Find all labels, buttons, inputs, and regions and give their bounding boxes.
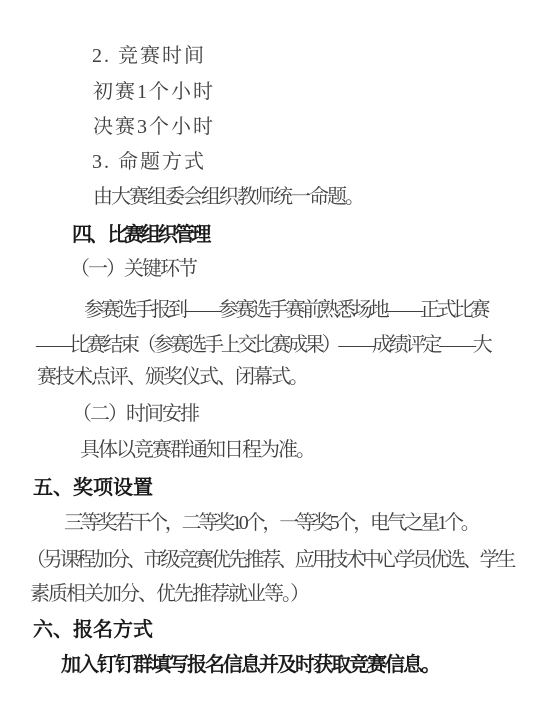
document-page: 2. 竞赛时间 初赛1个小时 决赛3个小时 3. 命题方式 由大赛组委会组织教师… bbox=[0, 0, 536, 712]
line-process-3: 赛技术点评、颁奖仪式、闭幕式。 bbox=[37, 366, 307, 388]
line-topic-method-detail: 由大赛组委会组织教师统一命题。 bbox=[93, 186, 363, 208]
line-preliminary-duration: 初赛1个小时 bbox=[93, 81, 215, 103]
line-registration-detail: 加入钉钉群填写报名信息并及时获取竞赛信息。 bbox=[61, 654, 439, 676]
line-process-1: 参赛选手报到——参赛选手赛前熟悉场地——正式比赛 bbox=[84, 299, 487, 321]
line-awards-note-2: 素质相关加分、优先推荐就业等。） bbox=[30, 583, 308, 605]
line-awards-detail: 三等奖若干个，二等奖10个，一等奖5个，电气之星1个。 bbox=[64, 512, 478, 534]
heading-section5-awards: 五、奖项设置 bbox=[33, 477, 153, 499]
line-awards-note-1: （另课程加分、市级竞赛优先推荐、应用技术中心学员优选、学生 bbox=[26, 549, 513, 571]
heading-section4-organization: 四、 比赛组织管理 bbox=[72, 224, 208, 246]
line-schedule-subheading: （二）时间安排 bbox=[72, 403, 198, 425]
heading-section6-registration: 六、报名方式 bbox=[33, 619, 153, 641]
line-topic-method-heading: 3. 命题方式 bbox=[92, 151, 206, 173]
line-competition-time-heading: 2. 竞赛时间 bbox=[92, 45, 206, 67]
line-final-duration: 决赛3个小时 bbox=[93, 116, 215, 138]
line-key-steps-subheading: （一）关键环节 bbox=[70, 258, 196, 280]
line-schedule-detail: 具体以竞赛群通知日程为准。 bbox=[80, 439, 314, 461]
line-process-2: ——比赛结束（参赛选手上交比赛成果）——成绩评定——大 bbox=[36, 334, 490, 356]
